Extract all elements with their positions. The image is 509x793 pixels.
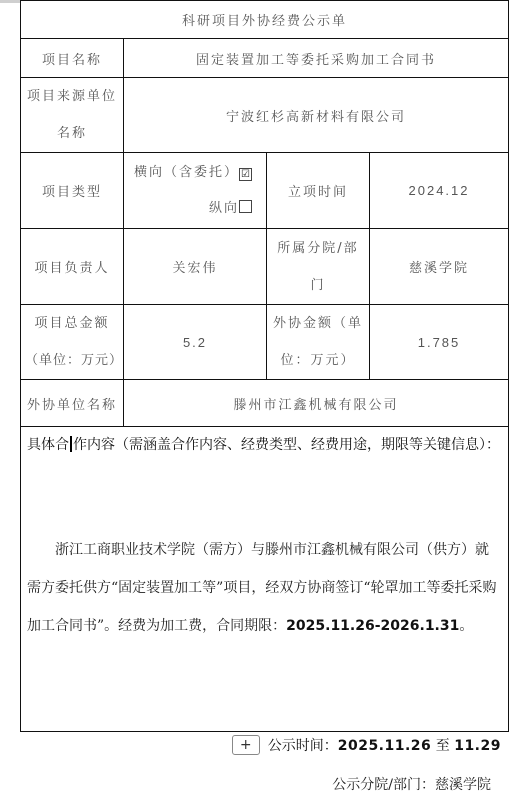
- total-amount-label-line1: 项目总金额: [25, 305, 119, 342]
- heading-part2: 作内容（需涵盖合作内容、经费类型、经费用途，期限等关键信息）：: [73, 437, 500, 453]
- outsource-amount-value: 1.785: [370, 305, 509, 380]
- time-label: 公示时间：: [268, 738, 338, 754]
- start-time-label: 立项时间: [267, 153, 370, 229]
- cooperation-content-cell[interactable]: 具体合作内容（需涵盖合作内容、经费类型、经费用途，期限等关键信息）： 浙江工商职…: [21, 427, 509, 732]
- outsource-unit-value: 滕州市江鑫机械有限公司: [124, 380, 509, 427]
- total-amount-label: 项目总金额 （单位：万元）: [21, 305, 124, 380]
- publicity-form-table: 科研项目外协经费公示单 项目名称 固定装置加工等委托采购加工合同书 项目来源单位…: [20, 0, 509, 732]
- total-amount-value: 5.2: [124, 305, 267, 380]
- project-type-label: 项目类型: [21, 153, 124, 229]
- heading-part1: 具体合: [27, 437, 69, 453]
- option-vertical[interactable]: 纵向: [128, 191, 252, 227]
- outsource-amount-label-line1: 外协金额（单: [271, 305, 365, 342]
- text-cursor: [70, 436, 72, 452]
- project-name-value: 固定装置加工等委托采购加工合同书: [124, 39, 509, 78]
- publicity-time-text: 公示时间：2025.11.26 至 11.29: [268, 735, 501, 755]
- cooperation-content-body: 浙江工商职业技术学院（需方）与滕州市江鑫机械有限公司（供方）就需方委托供方“固定…: [27, 531, 502, 645]
- source-unit-label-line1: 项目来源单位: [25, 78, 119, 115]
- option-horizontal[interactable]: 横向（含委托）☑: [128, 155, 252, 191]
- option-horizontal-label: 横向（含委托）: [134, 165, 239, 180]
- publicity-dept: 公示分院/部门：慈溪学院: [332, 774, 491, 793]
- page-corner-mark: [0, 0, 20, 3]
- time-start: 2025.11.26: [338, 738, 432, 754]
- outsource-amount-label-line2: 位：万元）: [271, 342, 365, 379]
- checkbox-checked-icon[interactable]: ☑: [239, 168, 252, 181]
- source-unit-value: 宁波红杉高新材料有限公司: [124, 78, 509, 153]
- dept-label-line1: 所属分院/部: [271, 230, 365, 267]
- time-separator: 至: [436, 738, 450, 754]
- source-unit-label-line2: 名称: [25, 115, 119, 152]
- leader-value: 关宏伟: [124, 229, 267, 305]
- outsource-amount-label: 外协金额（单 位：万元）: [267, 305, 370, 380]
- publicity-time: + 公示时间：2025.11.26 至 11.29: [232, 735, 501, 755]
- start-time-value: 2024.12: [370, 153, 509, 229]
- dept-label-line2: 门: [271, 267, 365, 304]
- source-unit-label: 项目来源单位 名称: [21, 78, 124, 153]
- option-vertical-label: 纵向: [209, 201, 239, 216]
- project-type-options: 横向（含委托）☑ 纵向: [124, 153, 267, 229]
- total-amount-label-line2: （单位：万元）: [25, 342, 119, 379]
- outsource-unit-label: 外协单位名称: [21, 380, 124, 427]
- checkbox-unchecked-icon[interactable]: [239, 200, 252, 213]
- add-button[interactable]: +: [232, 735, 260, 755]
- contract-period: 2025.11.26-2026.1.31: [286, 618, 459, 634]
- dept-value: 慈溪学院: [370, 229, 509, 305]
- body-end: 。: [459, 618, 473, 634]
- dept-label: 所属分院/部 门: [267, 229, 370, 305]
- form-title: 科研项目外协经费公示单: [21, 1, 509, 39]
- leader-label: 项目负责人: [21, 229, 124, 305]
- time-end: 11.29: [454, 738, 501, 754]
- project-name-label: 项目名称: [21, 39, 124, 78]
- cooperation-content-heading: 具体合作内容（需涵盖合作内容、经费类型、经费用途，期限等关键信息）：: [27, 431, 502, 459]
